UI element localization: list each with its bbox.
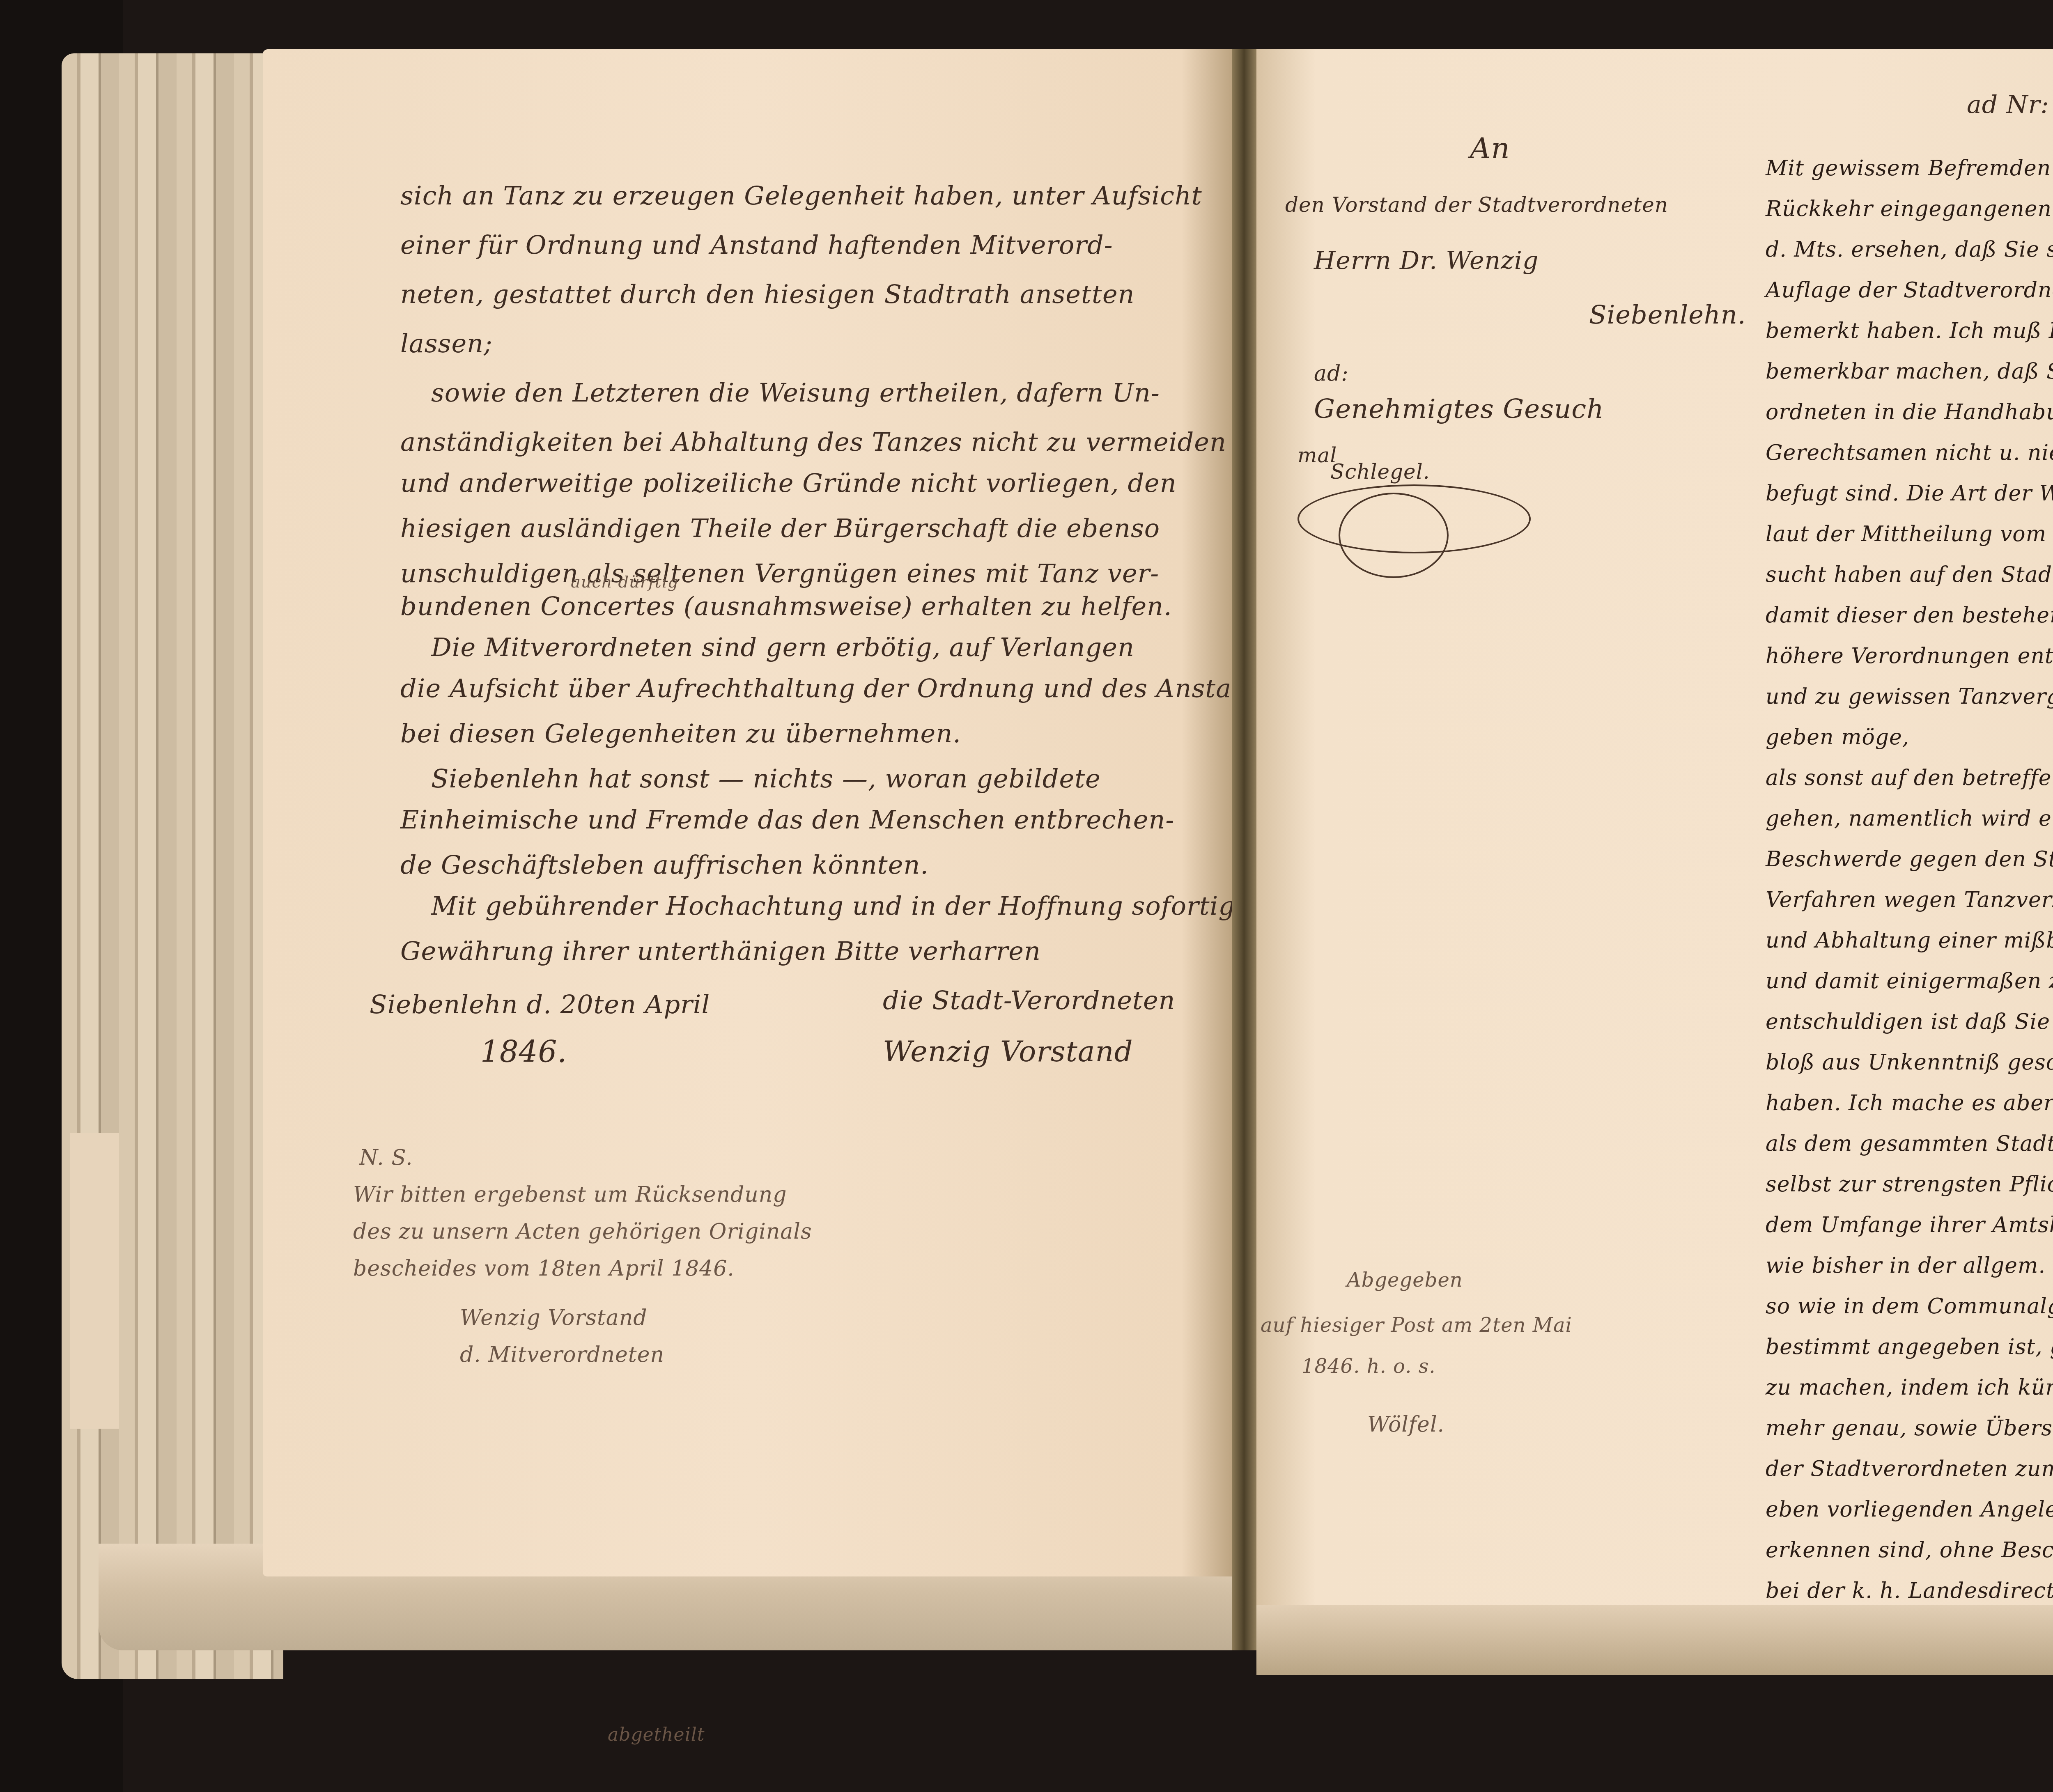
left-line-16: de Geschäftsleben auffrischen könnten. bbox=[400, 850, 929, 880]
address-salutation: An bbox=[1470, 131, 1510, 165]
letter-line: laut der Mittheilung vom 18ten d. Mts. v… bbox=[1766, 522, 2053, 546]
left-line-17: Mit gebührender Hochachtung und in der H… bbox=[431, 891, 1263, 921]
letter-line: zu machen, indem ich künftighin keinen bbox=[1766, 1375, 2053, 1400]
letter-line: Beschwerde gegen den Stadtrath über dess… bbox=[1766, 847, 2053, 872]
left-signatory-title: die Stadt-Verordneten bbox=[883, 985, 1176, 1015]
letter-line: Rückkehr eingegangenen Eingabe vom 20. bbox=[1766, 197, 2053, 221]
left-line-5: sowie den Letzteren die Weisung ertheile… bbox=[431, 378, 1160, 408]
letter-line: entschuldigen ist daß Sie Gesetze bbox=[1766, 1010, 2053, 1034]
letter-line: bestimmt angegeben ist, genau bekannt bbox=[1766, 1335, 2053, 1359]
reference-header: ad Nr: 719 bbox=[1967, 90, 2053, 119]
letter-line: erkennen sind, ohne Beschwerde wenden bbox=[1766, 1538, 2053, 1563]
postscript-signature-2: d. Mitverordneten bbox=[460, 1342, 664, 1367]
left-interlinear-insert: auch dürftig bbox=[571, 573, 678, 592]
left-line-9: unschuldigen als seltenen Vergnügen eine… bbox=[400, 558, 1159, 588]
letter-line: und damit einigermaßen zu bbox=[1766, 969, 2053, 994]
left-year: 1846. bbox=[480, 1035, 567, 1069]
letter-line: Mit gewissem Befremden habe ich aus Ihre… bbox=[1766, 156, 2053, 181]
left-line-4: lassen; bbox=[400, 328, 493, 358]
dispatch-note-3: 1846. h. o. s. bbox=[1302, 1355, 1436, 1378]
left-line-14: Siebenlehn hat sonst — nichts —, woran g… bbox=[431, 764, 1101, 794]
left-line-1: sich an Tanz zu erzeugen Gelegenheit hab… bbox=[400, 181, 1202, 211]
dispatch-signature: Wölfel. bbox=[1367, 1412, 1444, 1437]
letter-line: dem Umfange ihrer Amtskreise besonders bbox=[1766, 1213, 2053, 1237]
left-line-18: Gewährung ihrer unterthänigen Bitte verh… bbox=[400, 936, 1041, 966]
right-bottom-page-edges bbox=[1256, 1593, 2053, 1675]
left-line-3: neten, gestattet durch den hiesigen Stad… bbox=[400, 279, 1135, 309]
address-recipient-1: den Vorstand der Stadtverordneten bbox=[1285, 193, 1668, 217]
left-line-8: hiesigen ausländigen Theile der Bürgersc… bbox=[400, 513, 1160, 543]
letter-line: so wie in dem Communalgesetz deutlich bbox=[1766, 1294, 2053, 1319]
letter-line: selbst zur strengsten Pflicht, sich mit bbox=[1766, 1172, 2053, 1197]
dispatch-note-1: Abgegeben bbox=[1347, 1269, 1463, 1292]
letter-line: der Stadtverordneten zum Ärgerniß aller bbox=[1766, 1457, 2053, 1481]
letter-line: Auflage der Stadtverordneten ausgestellt… bbox=[1766, 278, 2053, 303]
letter-line: Verfahren wegen Tanzverzögerung bbox=[1766, 888, 2053, 912]
left-line-11: Die Mitverordneten sind gern erbötig, au… bbox=[431, 632, 1134, 662]
letter-line: Gerechtsamen nicht u. niemals einzumisch… bbox=[1766, 441, 2053, 465]
left-line-2: einer für Ordnung und Anstand haftenden … bbox=[400, 230, 1113, 260]
letter-line: höhere Verordnungen entgegen handle bbox=[1766, 644, 2053, 668]
letter-line: eben vorliegenden Angelegenheit zu bbox=[1766, 1497, 2053, 1522]
left-line-6: anständigkeiten bei Abhaltung des Tanzes… bbox=[400, 427, 1226, 457]
signature-flourish-loop bbox=[1339, 493, 1449, 578]
postscript-line-2: des zu unsern Acten gehörigen Originals bbox=[353, 1219, 812, 1244]
letter-line: und zu gewissen Tanzvergnügungen bbox=[1766, 684, 2053, 709]
letter-line: ordneten in die Handhabung der Polizeipf… bbox=[1766, 400, 2053, 424]
letter-line: und Abhaltung einer mißbilligen bbox=[1766, 928, 2053, 953]
letter-line: bemerkbar machen, daß Sie die Stadtver- bbox=[1766, 359, 2053, 384]
postscript-label: N. S. bbox=[359, 1145, 413, 1170]
dispatch-note-2: auf hiesiger Post am 2ten Mai bbox=[1261, 1314, 1572, 1337]
left-line-15: Einheimische und Fremde das den Menschen… bbox=[400, 805, 1174, 835]
letter-line: sucht haben auf den Stadtrath einzuwirke… bbox=[1766, 562, 2053, 587]
postscript-line-3: bescheides vom 18ten April 1846. bbox=[353, 1256, 735, 1281]
left-line-10: bundenen Concertes (ausnahmsweise) erhal… bbox=[400, 591, 1172, 621]
left-line-12: die Aufsicht über Aufrechthaltung der Or… bbox=[400, 673, 1294, 703]
address-recipient-2: Herrn Dr. Wenzig bbox=[1314, 246, 1539, 275]
book-gutter bbox=[1232, 49, 1256, 1650]
letter-line: d. Mts. ersehen, daß Sie sich in unzieml… bbox=[1766, 237, 2053, 262]
letter-line: bloß aus Unkenntniß geschrieben bbox=[1766, 1050, 2053, 1075]
left-line-13: bei diesen Gelegenheiten zu übernehmen. bbox=[400, 718, 961, 748]
address-place: Siebenlehn. bbox=[1589, 300, 1746, 330]
letter-line: mehr genau, sowie Überschreitungen bbox=[1766, 1416, 2053, 1441]
left-margin-fragment bbox=[70, 1133, 119, 1429]
letter-line: als dem gesammten Stadtverordneten bbox=[1766, 1131, 2053, 1156]
letter-line: bei der k. h. Landesdirection dafür zu b… bbox=[1766, 1579, 2053, 1603]
registry-note-2: Genehmigtes Gesuch bbox=[1314, 394, 1604, 424]
letter-line: geben möge, bbox=[1766, 725, 1909, 750]
left-page-edges bbox=[62, 53, 283, 1679]
registry-note-4: Schlegel. bbox=[1330, 460, 1430, 484]
left-signature: Wenzig Vorstand bbox=[883, 1035, 1133, 1068]
left-place-date: Siebenlehn d. 20ten April bbox=[370, 989, 710, 1019]
registry-note-1: ad: bbox=[1314, 361, 1349, 386]
left-bottom-fold-text: abgetheilt bbox=[608, 1724, 705, 1745]
postscript-line-1: Wir bitten ergebenst um Rücksendung bbox=[353, 1182, 787, 1207]
letter-line: wie bisher in der allgem. Städteordnung bbox=[1766, 1253, 2053, 1278]
letter-line: haben. Ich mache es aber sowohl Ihnen bbox=[1766, 1091, 2053, 1115]
postscript-signature-1: Wenzig Vorstand bbox=[460, 1306, 648, 1330]
letter-line: damit dieser den bestehenden Anordnungen bbox=[1766, 603, 2053, 628]
letter-line: bemerkt haben. Ich muß Ihnen hiermit bbox=[1766, 319, 2053, 343]
left-line-7: und anderweitige polizeiliche Gründe nic… bbox=[400, 468, 1177, 498]
letter-line: als sonst auf den betreffenden Anlaß bbox=[1766, 766, 2053, 790]
letter-line: befugt sind. Die Art der Weise wie Sie bbox=[1766, 481, 2053, 506]
letter-line: gehen, namentlich wird er zugleich eine bbox=[1766, 806, 2053, 831]
